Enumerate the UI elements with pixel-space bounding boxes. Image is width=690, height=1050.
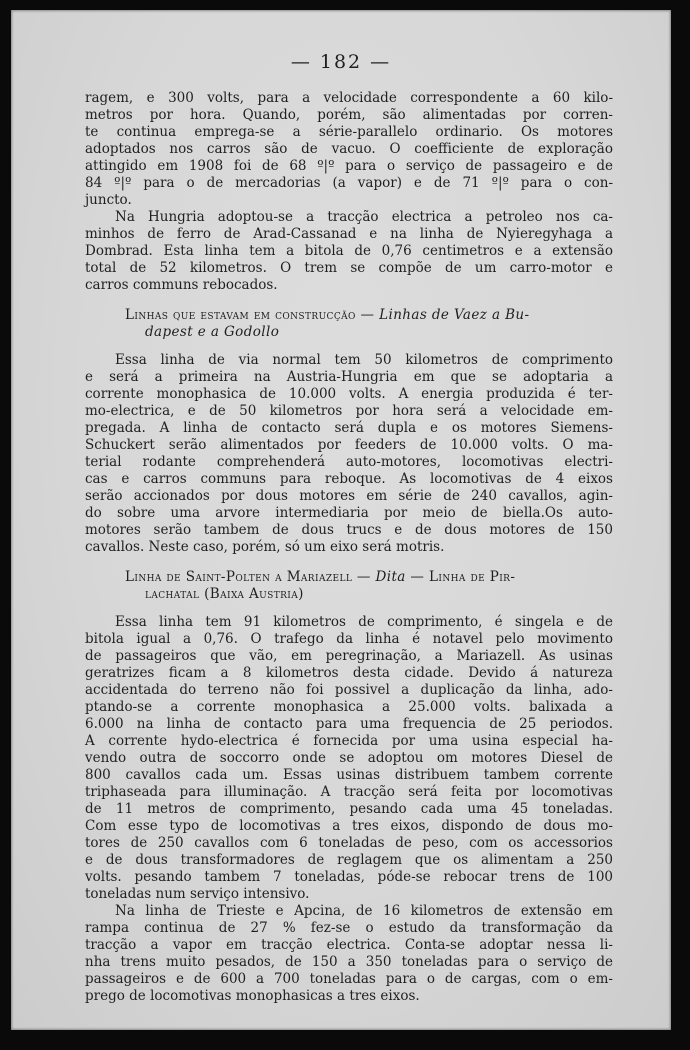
text-line: Na Hungria adoptou-se a tracção electric… <box>85 209 613 226</box>
heading-segment: Linha de Pir- <box>429 569 515 585</box>
text-line: Na linha de Trieste e Apcina, de 16 kilo… <box>85 903 613 920</box>
section-heading: Linha de Saint-Polten a Mariazell — Dita… <box>85 569 613 603</box>
text-line: juncto. <box>85 192 613 209</box>
text-line: attingido em 1908 foi de 68 º|º para o s… <box>85 158 613 175</box>
text-line: adoptados nos carros são de vacuo. O coe… <box>85 141 613 158</box>
text-line: geratrizes ficam a 8 kilometros desta ci… <box>85 665 613 682</box>
heading-segment: — <box>406 569 429 585</box>
text-line: e será a primeira na Austria-Hungria em … <box>85 369 613 386</box>
heading-segment: Dita <box>376 569 406 585</box>
heading-segment: lachatal (Baixa Austria) <box>145 586 304 602</box>
heading-line: Linha de Saint-Polten a Mariazell — Dita… <box>85 569 613 586</box>
paragraph: Na Hungria adoptou-se a tracção electric… <box>85 209 613 294</box>
text-line: Schuckert serão alimentados por feeders … <box>85 437 613 454</box>
text-line: ptando-se a corrente monophasica a 25.00… <box>85 699 613 716</box>
text-line: toneladas num serviço intensivo. <box>85 886 613 903</box>
text-line: te continua emprega-se a série-parallelo… <box>85 124 613 141</box>
heading-segment: — <box>352 569 375 585</box>
text-line: tores de 250 cavallos com 6 toneladas de… <box>85 835 613 852</box>
text-line: 6.000 na linha de contacto para uma freq… <box>85 716 613 733</box>
heading-line: lachatal (Baixa Austria) <box>85 586 613 603</box>
text-line: Essa linha de via normal tem 50 kilometr… <box>85 352 613 369</box>
text-line: tracção a vapor em tracção electrica. Co… <box>85 937 613 954</box>
text-line: prego de locomotivas monophasicas a tres… <box>85 988 613 1005</box>
text-line: nha trens muito pesados, de 150 a 350 to… <box>85 954 613 971</box>
heading-segment: Linha de Saint-Polten a Mariazell <box>125 569 352 585</box>
text-line: carros communs rebocados. <box>85 277 613 294</box>
text-line: cas e carros communs para reboque. As lo… <box>85 471 613 488</box>
heading-segment: — <box>356 307 379 323</box>
text-column: ragem, e 300 volts, para a velocidade co… <box>85 90 613 1005</box>
scanner-background: { "page": { "colors": { "paper": "#d8d8d… <box>0 0 690 1050</box>
text-line: motores serão tambem de dous trucs e de … <box>85 522 613 539</box>
heading-segment: Linhas que estavam em construcção <box>125 307 356 323</box>
text-line: e de dous transformadores de reglagem qu… <box>85 852 613 869</box>
text-line: Dombrad. Esta linha tem a bitola de 0,76… <box>85 243 613 260</box>
page-number: — 182 — <box>11 52 671 72</box>
text-line: passageiros e de 600 a 700 toneladas par… <box>85 971 613 988</box>
text-line: metros por hora. Quando, porém, são alim… <box>85 107 613 124</box>
text-line: terial rodante comprehenderá auto-motore… <box>85 454 613 471</box>
text-line: A corrente hydo-electrica é fornecida po… <box>85 733 613 750</box>
paragraph: Essa linha tem 91 kilometros de comprime… <box>85 614 613 903</box>
book-page: — 182 — ragem, e 300 volts, para a veloc… <box>11 10 671 1030</box>
text-line: do sobre uma arvore intermediaria por me… <box>85 505 613 522</box>
text-line: de passageiros que vão, em peregrinação,… <box>85 648 613 665</box>
text-line: minhos de ferro de Arad-Cassanad e na li… <box>85 226 613 243</box>
text-line: Essa linha tem 91 kilometros de comprime… <box>85 614 613 631</box>
heading-line: Linhas que estavam em construcção — Linh… <box>85 307 613 324</box>
text-line: Com esse typo de locomotivas a tres eixo… <box>85 818 613 835</box>
paragraph: Essa linha de via normal tem 50 kilometr… <box>85 352 613 556</box>
text-line: de 11 metros de comprimento, pesando cad… <box>85 801 613 818</box>
text-line: triphaseada para illuminação. A tracção … <box>85 784 613 801</box>
heading-segment: dapest e a Godollo <box>145 324 279 340</box>
text-line: 84 º|º para o de mercadorias (a vapor) e… <box>85 175 613 192</box>
text-line: serão accionados por dous motores em sér… <box>85 488 613 505</box>
text-line: rampa continua de 27 % fez-se o estudo d… <box>85 920 613 937</box>
text-line: vendo outra de soccorro onde se adoptou … <box>85 750 613 767</box>
text-line: 800 cavallos cada um. Essas usinas distr… <box>85 767 613 784</box>
text-line: mo-electrica, e de 50 kilometros por hor… <box>85 403 613 420</box>
text-line: corrente monophasica de 10.000 volts. A … <box>85 386 613 403</box>
paragraph: Na linha de Trieste e Apcina, de 16 kilo… <box>85 903 613 1005</box>
text-line: bitola igual a 0,76. O trafego da linha … <box>85 631 613 648</box>
heading-line: dapest e a Godollo <box>85 324 613 341</box>
text-line: ragem, e 300 volts, para a velocidade co… <box>85 90 613 107</box>
paragraph: ragem, e 300 volts, para a velocidade co… <box>85 90 613 209</box>
heading-segment: Linhas de Vaez a Bu- <box>379 307 529 323</box>
section-heading: Linhas que estavam em construcção — Linh… <box>85 307 613 341</box>
text-line: cavallos. Neste caso, porém, só um eixo … <box>85 539 613 556</box>
text-line: volts. pesando tambem 7 toneladas, póde-… <box>85 869 613 886</box>
text-line: pregada. A linha de contacto será dupla … <box>85 420 613 437</box>
text-line: total de 52 kilometros. O trem se compõe… <box>85 260 613 277</box>
text-line: accidentada do terreno não foi possivel … <box>85 682 613 699</box>
